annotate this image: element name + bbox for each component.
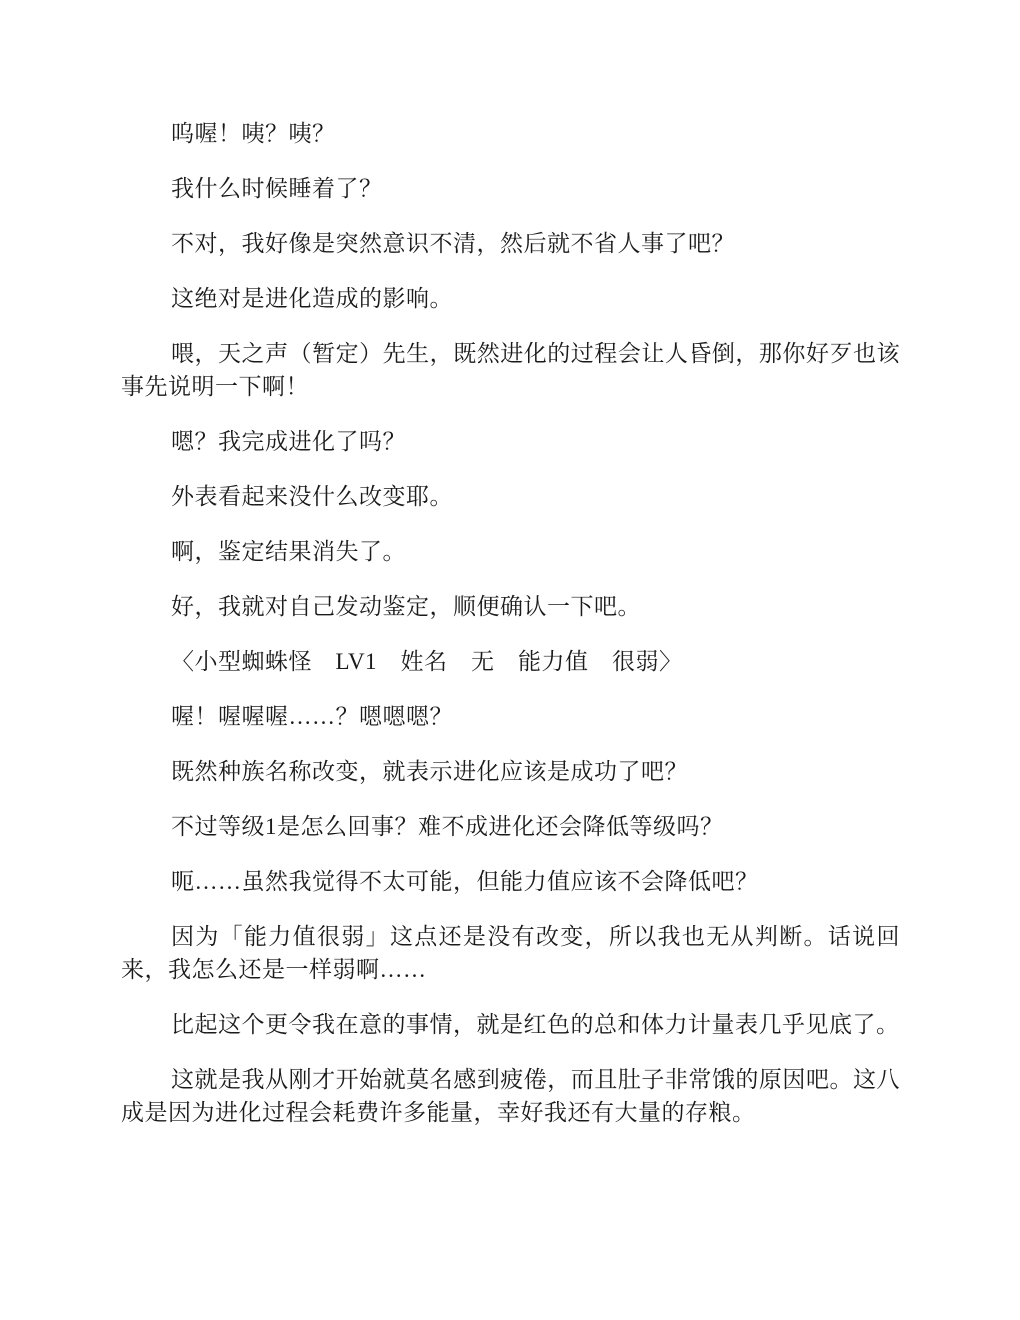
paragraph: 喂，天之声（暂定）先生，既然进化的过程会让人昏倒，那你好歹也该事先说明一下啊！	[121, 337, 900, 403]
paragraph: 既然种族名称改变，就表示进化应该是成功了吧？	[121, 755, 900, 788]
paragraph: 嗯？我完成进化了吗？	[121, 425, 900, 458]
paragraph: 因为「能力值很弱」这点还是没有改变，所以我也无从判断。话说回来，我怎么还是一样弱…	[121, 920, 900, 986]
paragraph: 外表看起来没什么改变耶。	[121, 480, 900, 513]
paragraph: 喔！喔喔喔……？嗯嗯嗯？	[121, 700, 900, 733]
paragraph: 好，我就对自己发动鉴定，顺便确认一下吧。	[121, 590, 900, 623]
paragraph: 呃……虽然我觉得不太可能，但能力值应该不会降低吧？	[121, 865, 900, 898]
paragraph: 这就是我从刚才开始就莫名感到疲倦，而且肚子非常饿的原因吧。这八成是因为进化过程会…	[121, 1063, 900, 1129]
paragraph: 啊，鉴定结果消失了。	[121, 535, 900, 568]
novel-text-page: 呜喔！咦？咦？ 我什么时候睡着了？ 不对，我好像是突然意识不清，然后就不省人事了…	[0, 0, 1020, 1320]
paragraph: 不对，我好像是突然意识不清，然后就不省人事了吧？	[121, 227, 900, 260]
appraisal-status-line: 〈小型蜘蛛怪 LV1 姓名 无 能力值 很弱〉	[121, 645, 900, 678]
paragraph: 不过等级1是怎么回事？难不成进化还会降低等级吗？	[121, 810, 900, 843]
paragraph: 我什么时候睡着了？	[121, 172, 900, 205]
paragraph: 呜喔！咦？咦？	[121, 117, 900, 150]
paragraph: 比起这个更令我在意的事情，就是红色的总和体力计量表几乎见底了。	[121, 1008, 900, 1041]
paragraph: 这绝对是进化造成的影响。	[121, 282, 900, 315]
